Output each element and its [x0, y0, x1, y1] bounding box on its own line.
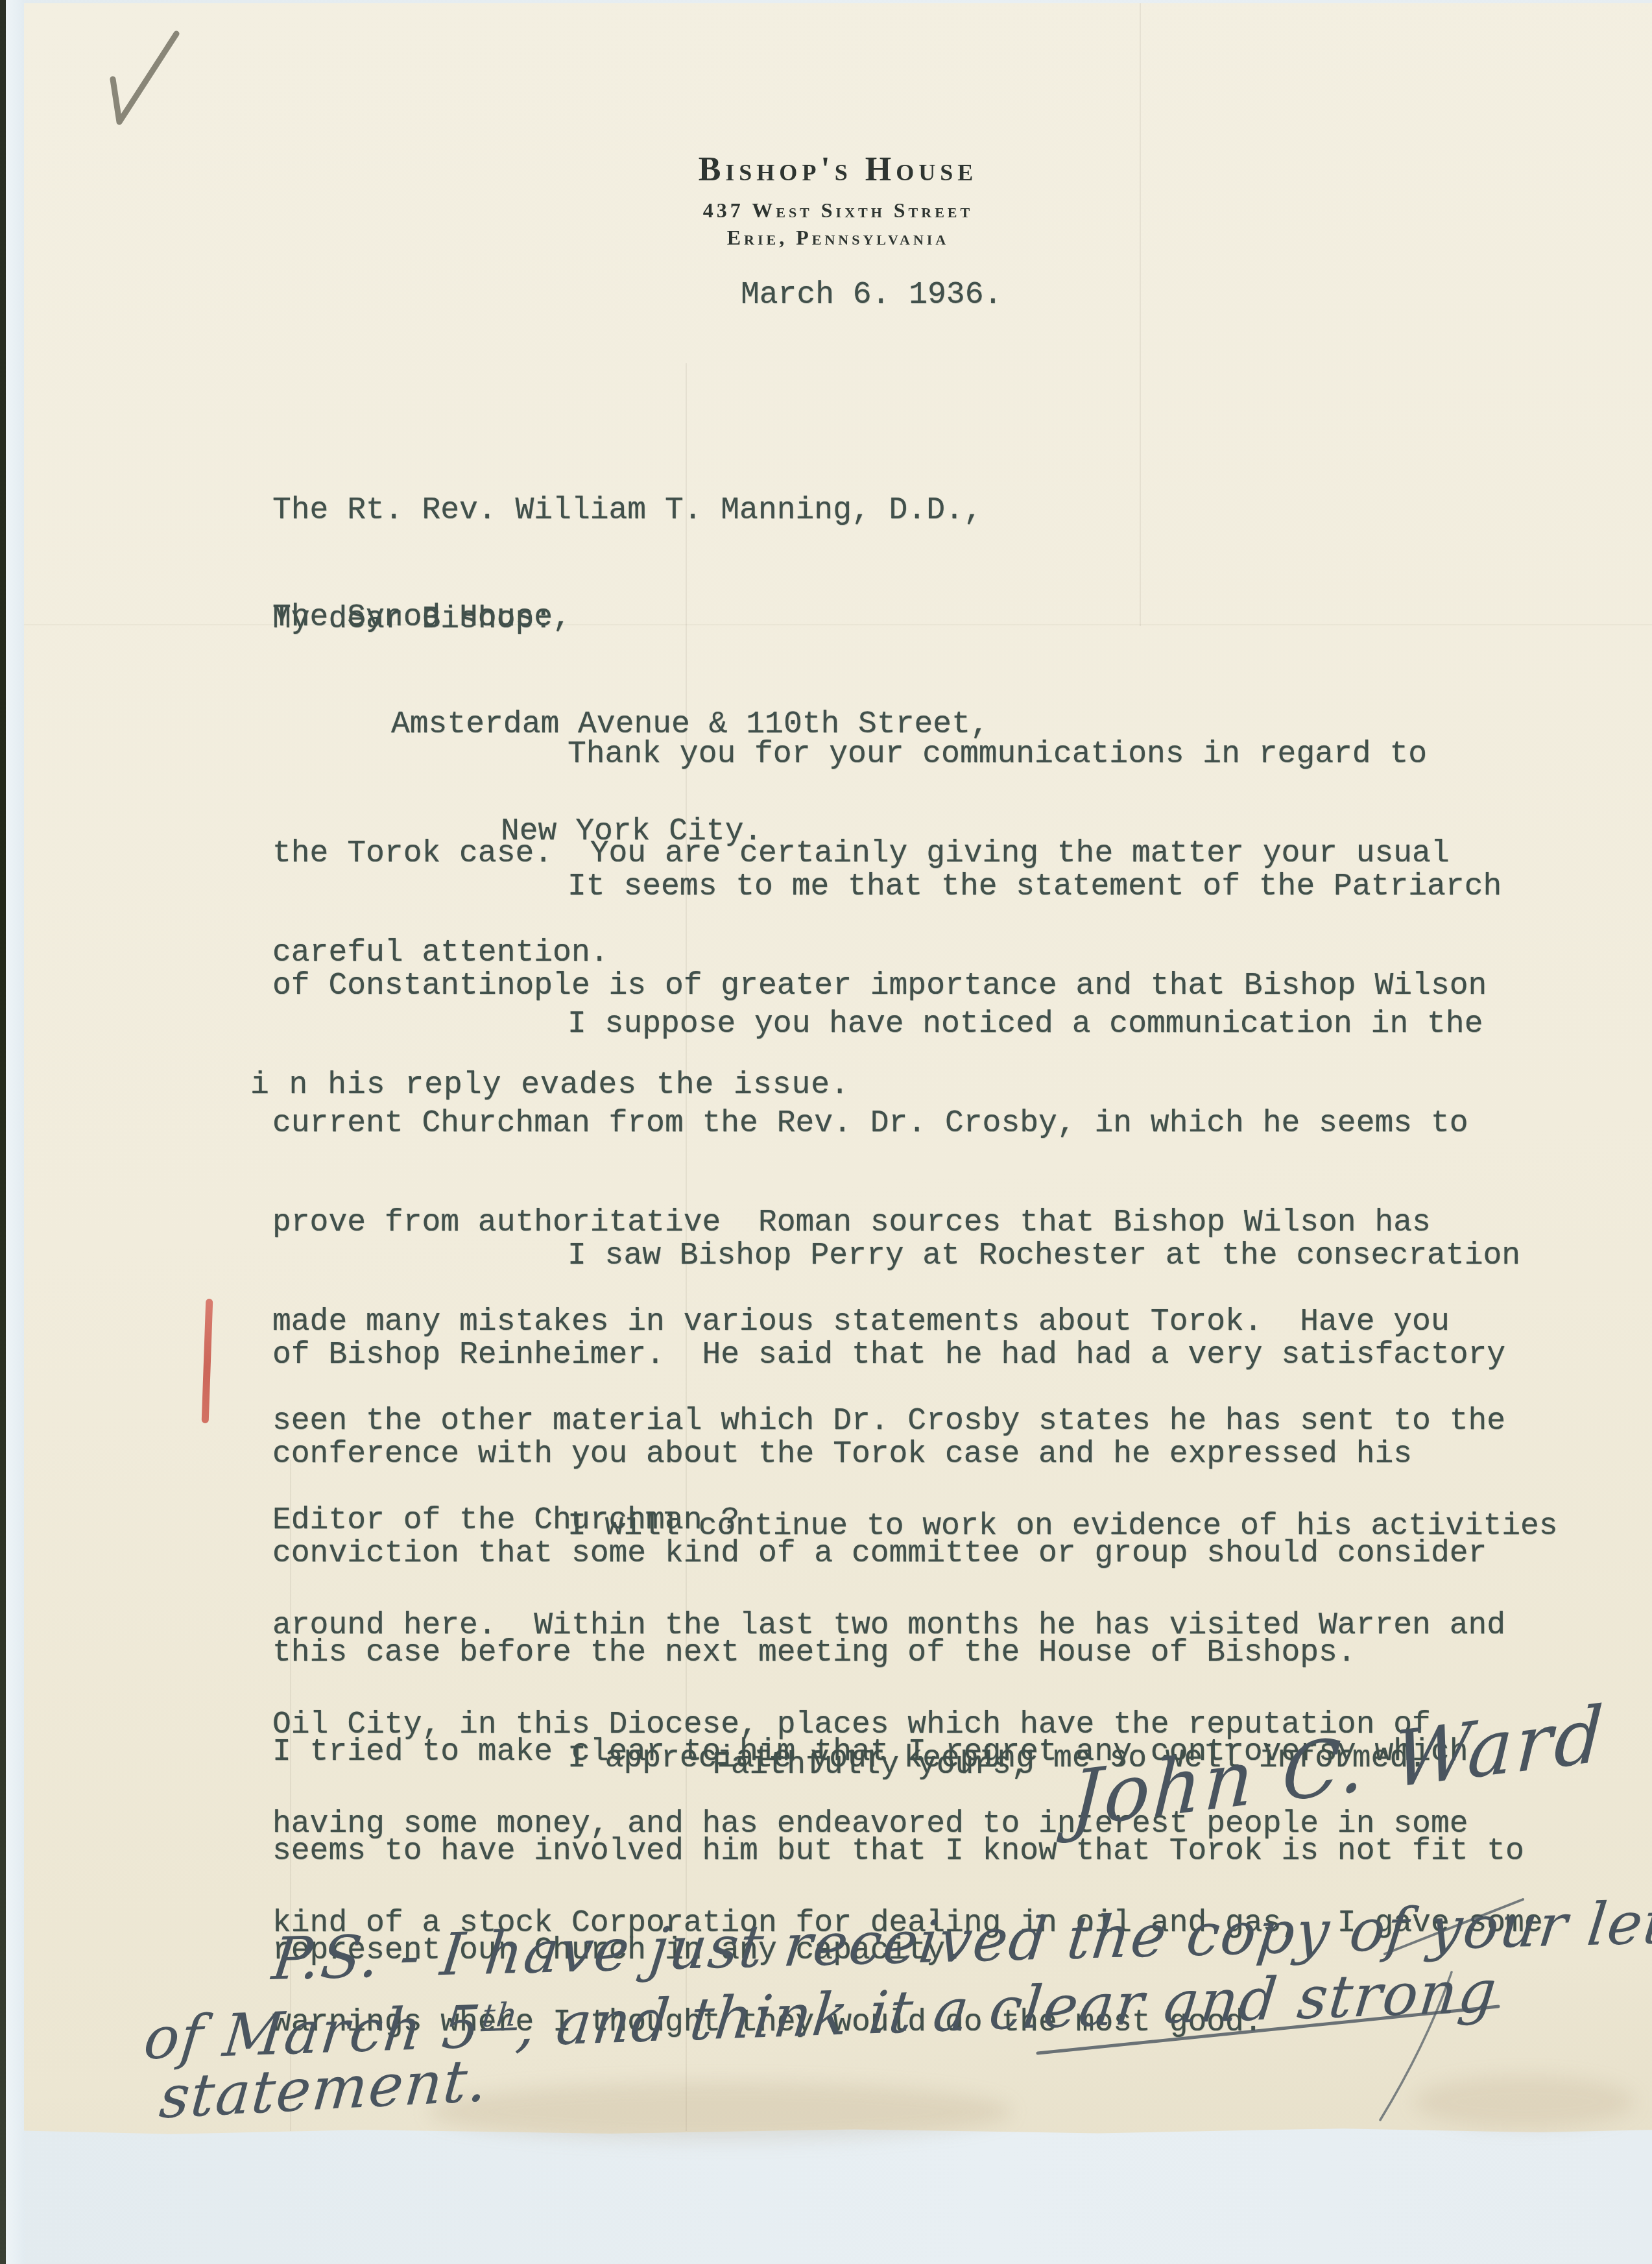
typed-line: around here. Within the last two months … [272, 1609, 1558, 1643]
typed-line: It seems to me that the statement of the… [272, 871, 1502, 904]
valediction: Faithfully yours, [712, 1749, 1030, 1782]
letterhead-street: 437 West Sixth Street [24, 199, 1652, 223]
letterhead-city: Erie, Pennsylvania [24, 226, 1652, 250]
scanner-backdrop [6, 0, 25, 2264]
letterhead-name: Bishop's House [24, 151, 1652, 189]
typed-line: I saw Bishop Perry at Rochester at the c… [272, 1240, 1524, 1273]
typed-line: I will continue to work on evidence of h… [272, 1510, 1558, 1543]
typed-line: I suppose you have noticed a communicati… [272, 1008, 1505, 1041]
postscript-struck-word: strong [1294, 1957, 1500, 2032]
typed-line: Thank you for your communications in reg… [272, 738, 1450, 771]
typed-line: current Churchman from the Rev. Dr. Cros… [272, 1107, 1505, 1140]
typed-line: of Bishop Reinheimer. He said that he ha… [272, 1339, 1524, 1372]
date-line: March 6. 1936. [741, 279, 1002, 312]
fold-crease [1140, 3, 1141, 626]
ordinal-suffix: th [480, 1995, 520, 2034]
scanned-letter: Bishop's House 437 West Sixth Street Eri… [0, 0, 1652, 2264]
recipient-line: The Rt. Rev. William T. Manning, D.D., [272, 493, 989, 529]
salutation: My dear Bishop: [272, 603, 553, 636]
scanner-edge [0, 0, 6, 2264]
